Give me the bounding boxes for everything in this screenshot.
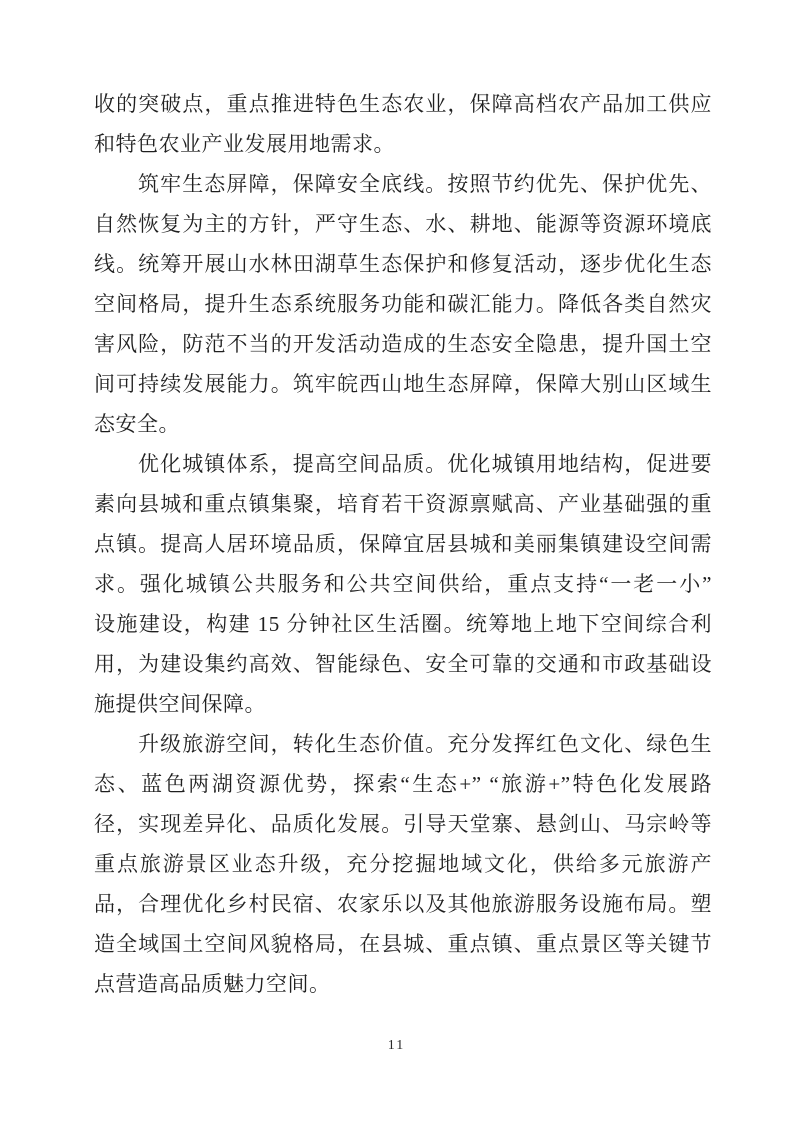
text-line: 设施建设，构建 15 分钟社区生活圈。统筹地上地下空间综合利: [94, 604, 712, 644]
text-line: 间可持续发展能力。筑牢皖西山地生态屏障，保障大别山区域生: [94, 364, 712, 404]
text-line: 空间格局，提升生态系统服务功能和碳汇能力。降低各类自然灾: [94, 284, 712, 324]
text-line: 优化城镇体系，提高空间品质。优化城镇用地结构，促进要: [94, 444, 712, 484]
text-line: 态安全。: [94, 404, 712, 444]
text-line: 害风险，防范不当的开发活动造成的生态安全隐患，提升国土空: [94, 324, 712, 364]
text-line: 态、蓝色两湖资源优势，探索“生态+” “旅游+”特色化发展路: [94, 764, 712, 804]
text-line: 施提供空间保障。: [94, 684, 712, 724]
text-line: 升级旅游空间，转化生态价值。充分发挥红色文化、绿色生: [94, 724, 712, 764]
text-line: 品，合理优化乡村民宿、农家乐以及其他旅游服务设施布局。塑: [94, 884, 712, 924]
text-line: 和特色农业产业发展用地需求。: [94, 124, 712, 164]
text-line: 线。统筹开展山水林田湖草生态保护和修复活动，逐步优化生态: [94, 244, 712, 284]
text-line: 收的突破点，重点推进特色生态农业，保障高档农产品加工供应: [94, 84, 712, 124]
text-line: 点营造高品质魅力空间。: [94, 964, 712, 1004]
text-line: 重点旅游景区业态升级，充分挖掘地域文化，供给多元旅游产: [94, 844, 712, 884]
text-line: 筑牢生态屏障，保障安全底线。按照节约优先、保护优先、: [94, 164, 712, 204]
page-number: 11: [0, 1036, 793, 1056]
text-line: 素向县城和重点镇集聚，培育若干资源禀赋高、产业基础强的重: [94, 484, 712, 524]
text-line: 求。强化城镇公共服务和公共空间供给，重点支持“一老一小”: [94, 564, 712, 604]
text-line: 自然恢复为主的方针，严守生态、水、耕地、能源等资源环境底: [94, 204, 712, 244]
document-page: 收的突破点，重点推进特色生态农业，保障高档农产品加工供应 和特色农业产业发展用地…: [0, 0, 793, 1122]
text-line: 径，实现差异化、品质化发展。引导天堂寨、悬剑山、马宗岭等: [94, 804, 712, 844]
text-line: 用，为建设集约高效、智能绿色、安全可靠的交通和市政基础设: [94, 644, 712, 684]
document-body: 收的突破点，重点推进特色生态农业，保障高档农产品加工供应 和特色农业产业发展用地…: [94, 84, 712, 1004]
text-line: 点镇。提高人居环境品质，保障宜居县城和美丽集镇建设空间需: [94, 524, 712, 564]
text-line: 造全域国土空间风貌格局，在县城、重点镇、重点景区等关键节: [94, 924, 712, 964]
